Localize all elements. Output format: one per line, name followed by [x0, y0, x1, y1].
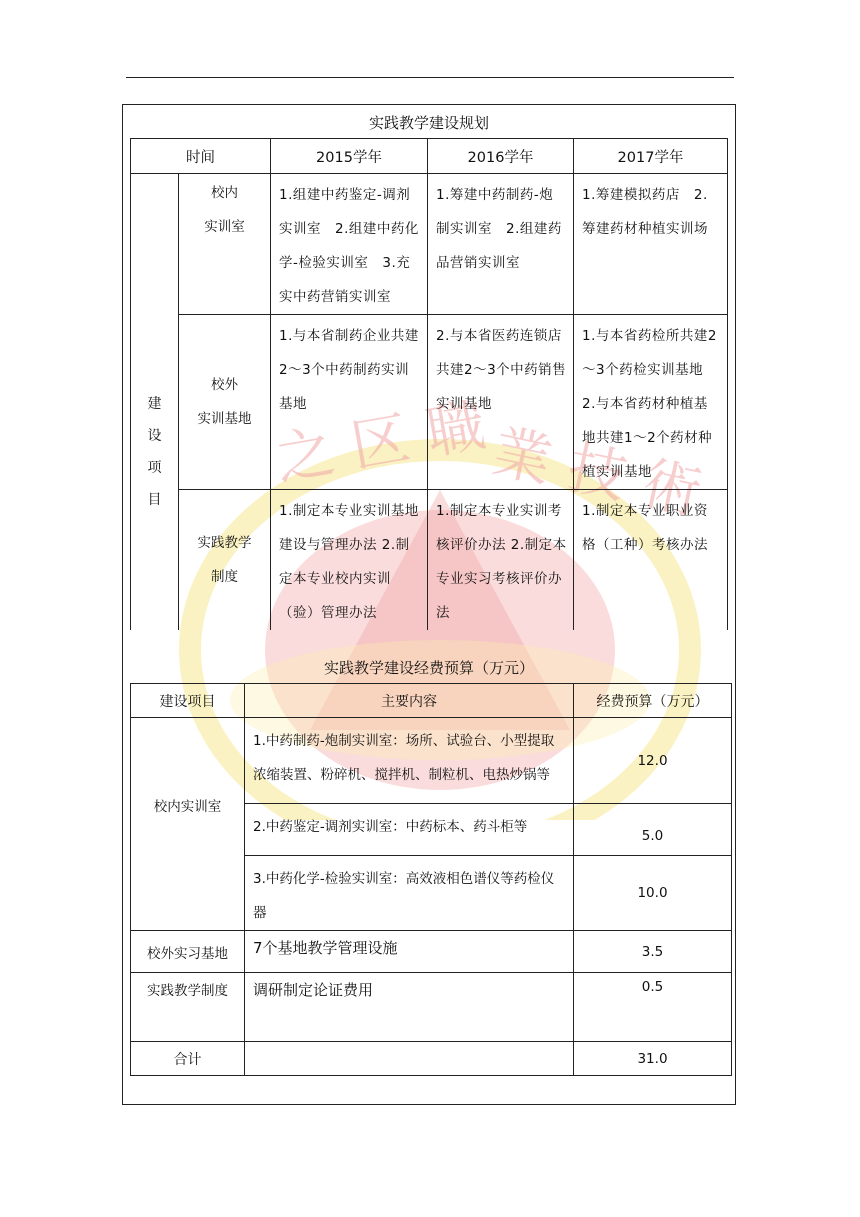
group-label-char: 目 [148, 484, 162, 516]
row-label: 校外 实训基地 [179, 315, 271, 490]
plan-cell: 1.与本省药检所共建2～3个药检实训基地 2.与本省药材种植基地共建1～2个药材… [574, 315, 728, 490]
budget-amount: 10.0 [574, 856, 732, 931]
plan-row-offcampus-base: 校外 实训基地 1.与本省制药企业共建2～3个中药制药实训基地 2.与本省医药连… [131, 315, 728, 490]
budget-table: 建设项目 主要内容 经费预算（万元） 校内实训室 1.中药制药-炮制实训室：场所… [130, 683, 732, 1076]
row-label: 校内 实训室 [179, 174, 271, 315]
budget-title: 实践教学建设经费预算（万元） [122, 657, 736, 678]
header-year-2015: 2015学年 [271, 139, 428, 174]
plan-cell: 1.筹建中药制药-炮制实训室 2.组建药品营销实训室 [428, 174, 574, 315]
budget-item: 校外实习基地 [131, 931, 245, 973]
budget-amount: 0.5 [574, 973, 732, 1042]
budget-content: 2.中药鉴定-调剂实训室：中药标本、药斗柜等 [245, 804, 574, 856]
page-header-rule [126, 77, 734, 78]
budget-amount: 12.0 [574, 718, 732, 804]
plan-cell: 2.与本省医药连锁店共建2～3个中药销售实训基地 [428, 315, 574, 490]
row-label: 实践教学 制度 [179, 490, 271, 631]
plan-cell: 1.组建中药鉴定-调剂实训室 2.组建中药化学-检验实训室 3.充实中药营销实训… [271, 174, 428, 315]
budget-amount: 3.5 [574, 931, 732, 973]
budget-row: 校外实习基地 7个基地教学管理设施 3.5 [131, 931, 732, 973]
budget-content: 3.中药化学-检验实训室：高效液相色谱仪等药检仪器 [245, 856, 574, 931]
header-year-2017: 2017学年 [574, 139, 728, 174]
budget-amount: 5.0 [574, 804, 732, 856]
plan-cell: 1.与本省制药企业共建2～3个中药制药实训基地 [271, 315, 428, 490]
group-label-char: 设 [148, 420, 162, 452]
total-label: 合计 [131, 1042, 245, 1076]
plan-header-row: 时间 2015学年 2016学年 2017学年 [131, 139, 728, 174]
budget-row: 实践教学制度 调研制定论证费用 0.5 [131, 973, 732, 1042]
plan-cell: 1.筹建模拟药店 2.筹建药材种植实训场 [574, 174, 728, 315]
budget-content: 7个基地教学管理设施 [245, 931, 574, 973]
group-label-construction-items: 建 设 项 目 [131, 174, 179, 631]
group-label-char: 建 [148, 388, 162, 420]
budget-item: 实践教学制度 [131, 973, 245, 1042]
plan-row-practice-system: 实践教学 制度 1.制定本专业实训基地建设与管理办法 2.制定本专业校内实训（验… [131, 490, 728, 631]
header-year-2016: 2016学年 [428, 139, 574, 174]
header-time: 时间 [131, 139, 271, 174]
budget-content: 调研制定论证费用 [245, 973, 574, 1042]
plan-row-campus-lab: 建 设 项 目 校内 实训室 1.组建中药鉴定-调剂实训室 2.组建中药化学-检… [131, 174, 728, 315]
budget-total-row: 合计 31.0 [131, 1042, 732, 1076]
budget-row: 校内实训室 1.中药制药-炮制实训室：场所、试验台、小型提取浓缩装置、粉碎机、搅… [131, 718, 732, 804]
column-header-content: 主要内容 [245, 684, 574, 718]
plan-table: 时间 2015学年 2016学年 2017学年 建 设 项 目 校内 实训室 1… [130, 138, 728, 630]
plan-cell: 1.制定本专业实训考核评价办法 2.制定本专业实习考核评价办法 [428, 490, 574, 631]
plan-cell: 1.制定本专业实训基地建设与管理办法 2.制定本专业校内实训（验）管理办法 [271, 490, 428, 631]
budget-header-row: 建设项目 主要内容 经费预算（万元） [131, 684, 732, 718]
group-label-char: 项 [148, 452, 162, 484]
plan-cell: 1.制定本专业职业资格（工种）考核办法 [574, 490, 728, 631]
plan-title: 实践教学建设规划 [122, 112, 736, 133]
total-content [245, 1042, 574, 1076]
budget-item: 校内实训室 [131, 718, 245, 931]
column-header-amount: 经费预算（万元） [574, 684, 732, 718]
column-header-item: 建设项目 [131, 684, 245, 718]
total-amount: 31.0 [574, 1042, 732, 1076]
budget-content: 1.中药制药-炮制实训室：场所、试验台、小型提取浓缩装置、粉碎机、搅拌机、制粒机… [245, 718, 574, 804]
